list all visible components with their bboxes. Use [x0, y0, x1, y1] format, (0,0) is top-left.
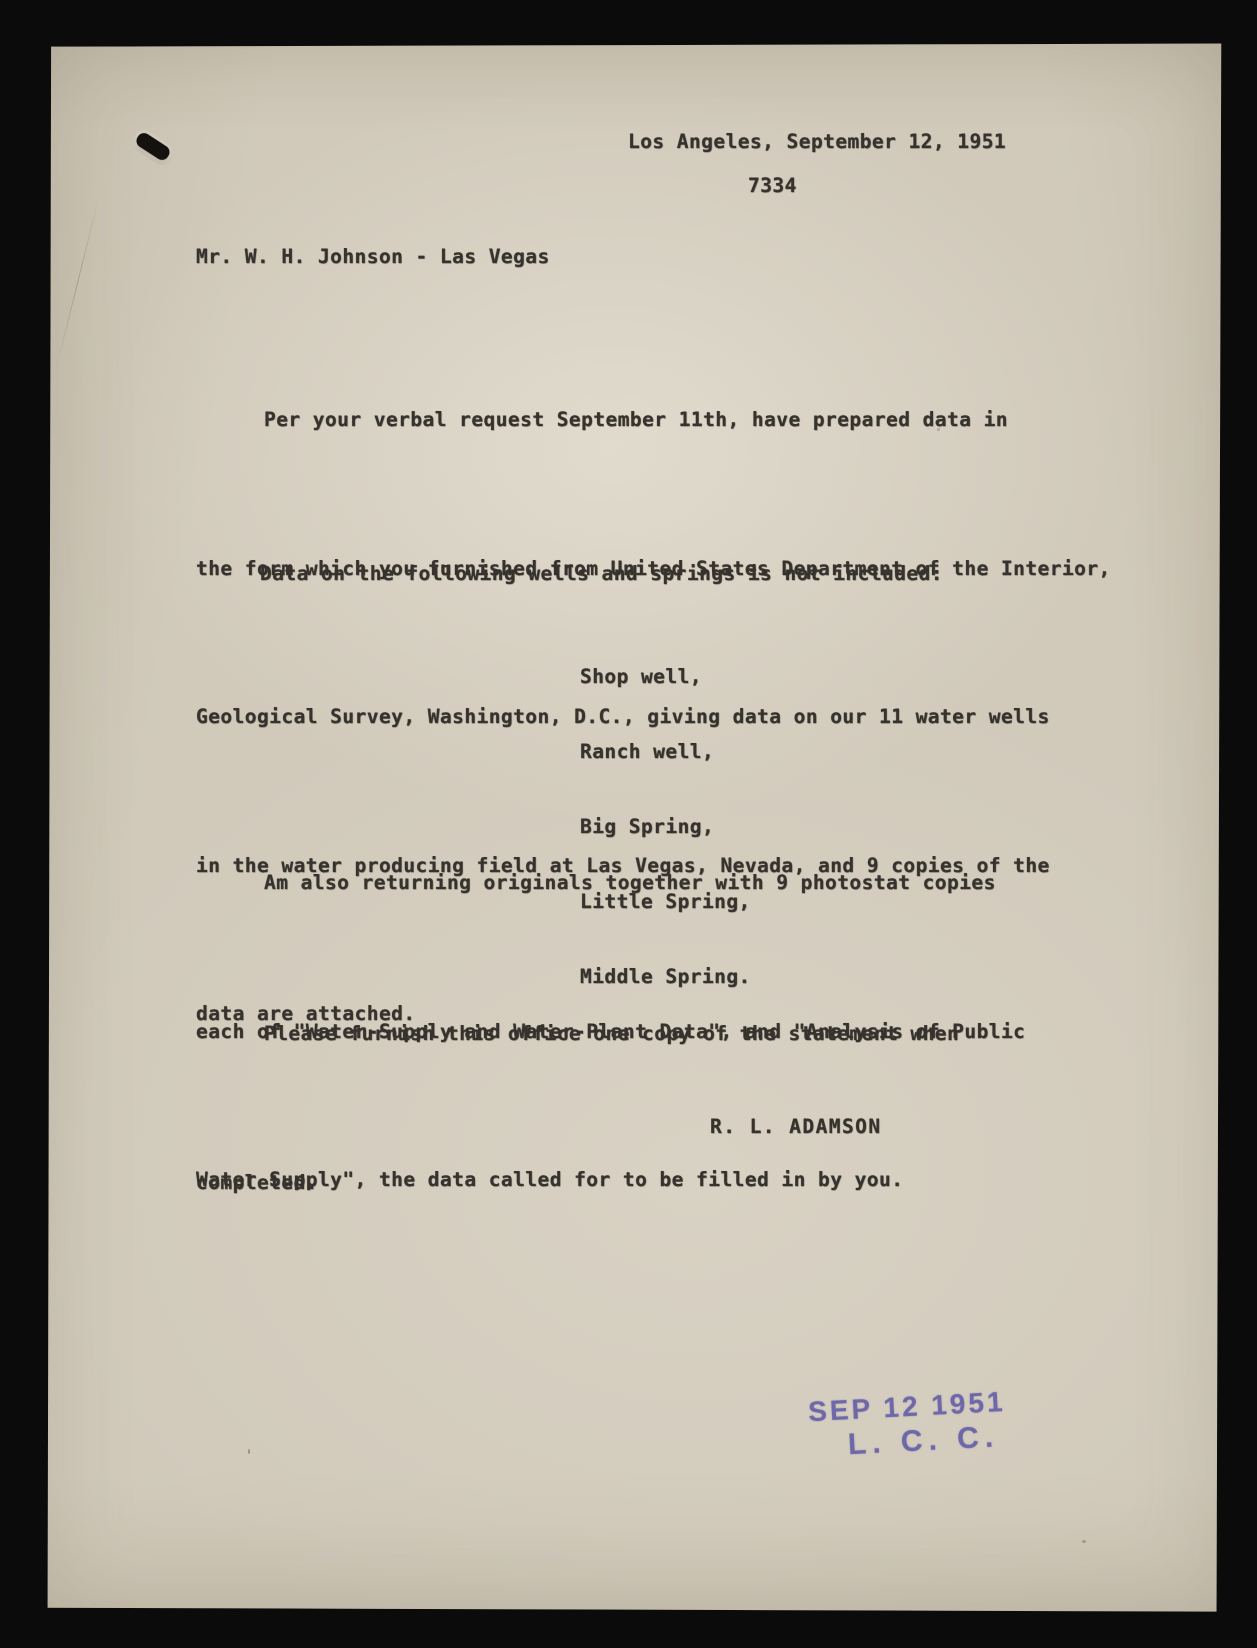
paper-crease	[54, 191, 101, 376]
letter-page: Los Angeles, September 12, 1951 7334 Mr.…	[47, 38, 1223, 1614]
paragraph-2: Data on the following wells and springs …	[260, 562, 943, 585]
dateline: Los Angeles, September 12, 1951	[628, 130, 1006, 153]
paragraph-3-line-1: Am also returning originals together wit…	[196, 858, 1136, 908]
well-list-item: Shop well,	[580, 664, 751, 689]
paper-speck	[248, 1449, 250, 1454]
paragraph-4-line-2: completed.	[196, 1158, 1136, 1208]
paragraph-4-line-1: Please furnish this office one copy of t…	[196, 1009, 1136, 1059]
paper-speck	[1082, 1540, 1086, 1543]
signature-name: R. L. ADAMSON	[710, 1115, 882, 1138]
paragraph-4: Please furnish this office one copy of t…	[196, 910, 1136, 1306]
received-stamp: SEP 12 1951 L. C. C.	[807, 1384, 1050, 1464]
reference-number: 7334	[748, 174, 797, 197]
paragraph-1-line-1: Per your verbal request September 11th, …	[196, 395, 1136, 445]
recipient-line: Mr. W. H. Johnson - Las Vegas	[196, 245, 550, 268]
punch-hole	[134, 130, 172, 162]
